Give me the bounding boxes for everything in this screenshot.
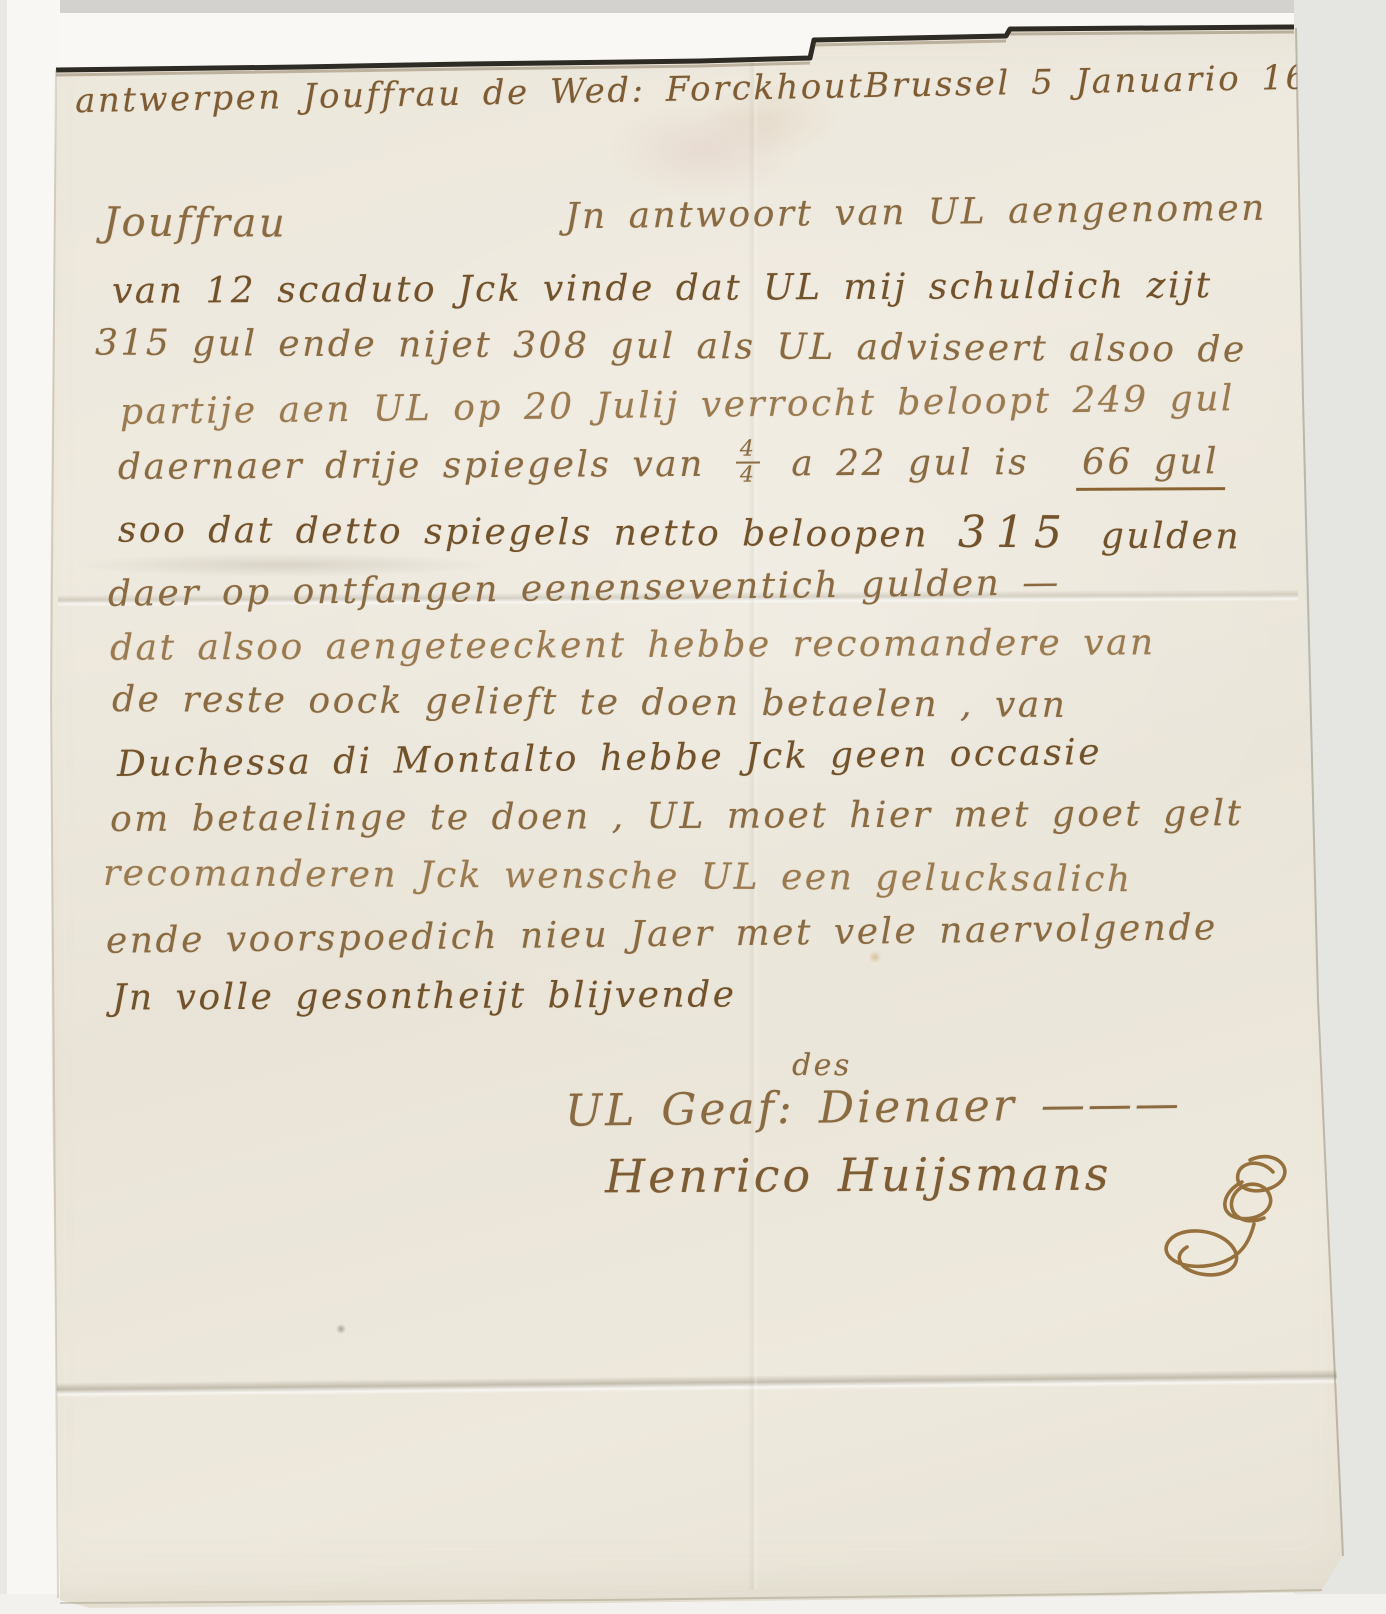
body-line-5-post: gulden: [1101, 516, 1242, 558]
docket-dateline: Brussel 5 Januario 1639: [864, 57, 1358, 106]
docket-recipient: antwerpen Jouffrau de Wed: Forckhout: [75, 66, 865, 121]
underlined-66-gul: 66 gul: [1076, 441, 1225, 491]
body-line-13: Jn volle gesontheijt blijvende: [112, 974, 737, 1018]
body-line-1: van 12 scaduto Jck vinde dat UL mij schu…: [112, 265, 1213, 312]
scanner-edge-strip: [0, 0, 1386, 13]
closing-des: des: [792, 1048, 852, 1083]
docket-line: antwerpen Jouffrau de Wed: Forckhout Bru…: [75, 59, 1248, 121]
signature-paraph: [1152, 1148, 1312, 1308]
fraction-numerator: 4: [736, 439, 761, 464]
body-line-11: recomanderen Jck wensche UL een gelucksa…: [103, 853, 1133, 900]
body-line-9: Duchessa di Montalto hebbe Jck geen occa…: [117, 732, 1102, 785]
body-line-7: dat alsoo aengeteeckent hebbe recomander…: [110, 622, 1156, 668]
body-line-3: partije aen UL op 20 Julij verrocht belo…: [120, 378, 1235, 433]
letter-paper: antwerpen Jouffrau de Wed: Forckhout Bru…: [0, 0, 1386, 1614]
body-line-8: de reste oock gelieft te doen betaelen ,…: [112, 679, 1068, 726]
body-line-4-mid: a 22 gul is: [791, 442, 1029, 484]
fraction-denominator: 4: [736, 464, 761, 487]
fraction-4-4: 4 4: [736, 439, 761, 487]
opening-line: Jn antwoort van UL aengenomen: [565, 188, 1267, 238]
scanned-letter-page: antwerpen Jouffrau de Wed: Forckhout Bru…: [0, 0, 1386, 1614]
body-line-5: soo dat detto spiegels netto beloopen 31…: [118, 502, 1241, 560]
body-line-10: om betaelinge te doen , UL moet hier met…: [110, 793, 1244, 840]
body-line-12: ende voorspoedich nieu Jaer met vele nae…: [106, 907, 1218, 962]
signature-name: Henrico Huijsmans: [605, 1147, 1112, 1204]
body-line-6: daer op ontfangen eenenseventich gulden …: [108, 562, 1061, 615]
amount-315: 315: [958, 507, 1072, 559]
body-line-4-pre: daernaer drije spiegels van: [118, 444, 705, 488]
salutation: Jouffrau: [103, 199, 287, 246]
closing-servant-line: UL Geaf: Dienaer ———: [565, 1078, 1182, 1137]
body-line-2: 315 gul ende nijet 308 gul als UL advise…: [95, 322, 1247, 370]
body-line-4: daernaer drije spiegels van 4 4 a 22 gul…: [118, 440, 1225, 494]
body-line-5-pre: soo dat detto spiegels netto beloopen: [118, 510, 929, 556]
fold-crease-lower: [52, 1369, 1342, 1398]
